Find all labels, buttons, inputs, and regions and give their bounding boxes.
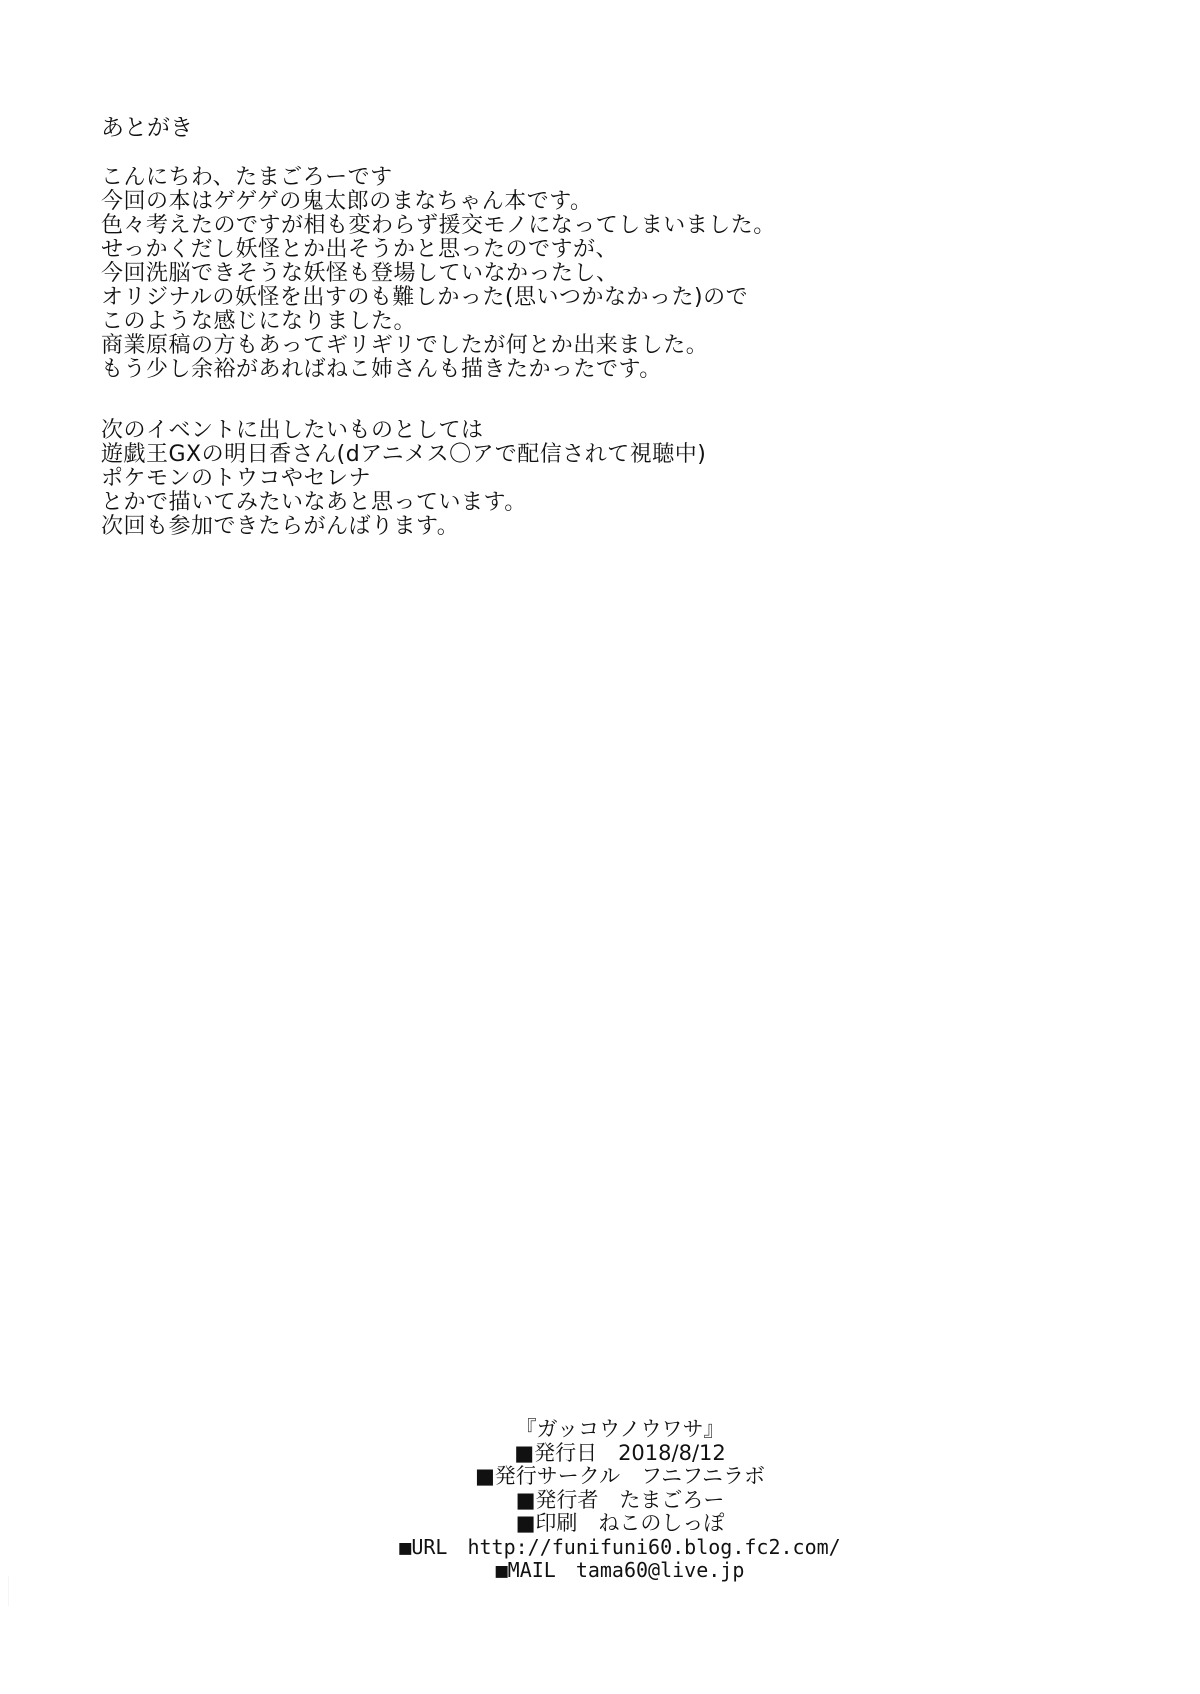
text-line: 色々考えたのですが相も変わらず援交モノになってしまいました。: [101, 214, 776, 238]
text-line: せっかくだし妖怪とか出そうかと思ったのですが、: [101, 238, 776, 262]
colophon-circle: ■発行サークル フニフニラボ: [0, 1465, 1200, 1489]
text-line: もう少し余裕があればねこ姉さんも描きたかったです。: [101, 358, 776, 382]
text-line: オリジナルの妖怪を出すのも難しかった(思いつかなかった)ので: [101, 286, 776, 310]
text-line: このような感じになりました。: [101, 310, 776, 334]
text-line: 今回の本はゲゲゲの鬼太郎のまなちゃん本です。: [101, 190, 776, 214]
text-line: 商業原稿の方もあってギリギリでしたが何とか出来ました。: [101, 334, 776, 358]
text-line: 今回洗脳できそうな妖怪も登場していなかったし、: [101, 262, 776, 286]
text-line: 次のイベントに出したいものとしては: [101, 419, 706, 443]
colophon-url: ■URL http://funifuni60.blog.fc2.com/: [0, 1536, 1200, 1560]
text-line: 遊戯王GXの明日香さん(dアニメス〇アで配信されて視聴中): [101, 443, 706, 467]
text-line: とかで描いてみたいなあと思っています。: [101, 491, 706, 515]
afterword-paragraph-2: 次のイベントに出したいものとしては 遊戯王GXの明日香さん(dアニメス〇アで配信…: [101, 419, 706, 539]
afterword-heading: あとがき: [101, 114, 193, 142]
colophon-title: 『ガッコウノウワサ』: [0, 1418, 1200, 1442]
colophon-publish-date: ■発行日 2018/8/12: [0, 1442, 1200, 1466]
text-line: ポケモンのトウコやセレナ: [101, 467, 706, 491]
colophon-mail: ■MAIL tama60@live.jp: [0, 1559, 1200, 1583]
colophon-printer: ■印刷 ねこのしっぽ: [0, 1512, 1200, 1536]
scan-artifact: [8, 1576, 23, 1606]
colophon: 『ガッコウノウワサ』 ■発行日 2018/8/12 ■発行サークル フニフニラボ…: [0, 1418, 1200, 1583]
afterword-paragraph-1: こんにちわ、たまごろーです 今回の本はゲゲゲの鬼太郎のまなちゃん本です。 色々考…: [101, 166, 776, 382]
text-line: 次回も参加できたらがんばります。: [101, 515, 706, 539]
colophon-publisher: ■発行者 たまごろー: [0, 1489, 1200, 1513]
text-line: こんにちわ、たまごろーです: [101, 166, 776, 190]
